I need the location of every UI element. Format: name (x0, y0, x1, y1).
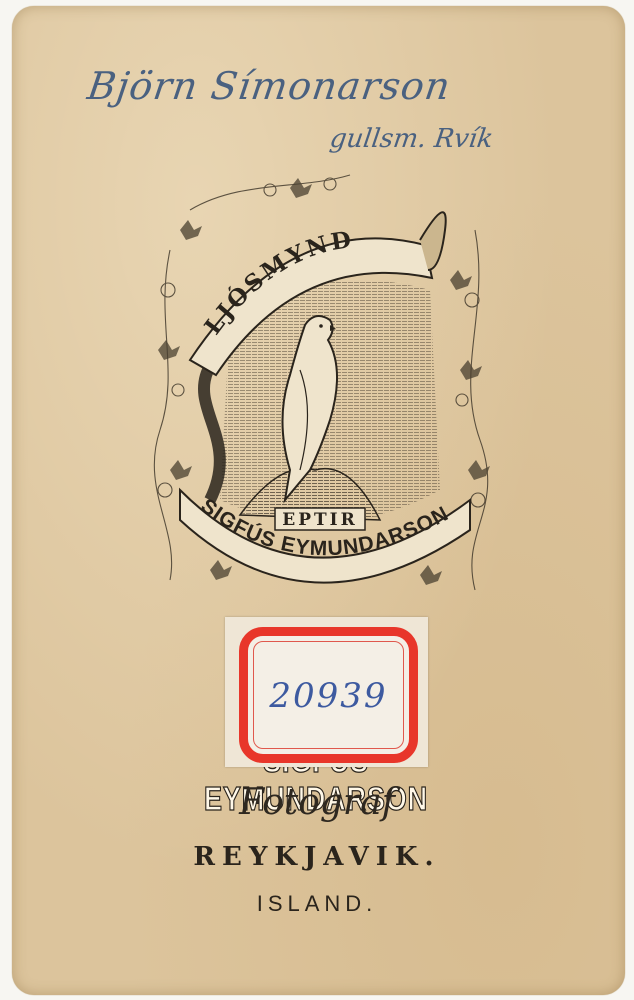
handwritten-note: gullsm. Rvík (328, 124, 495, 154)
label-frame: 20939 (239, 627, 418, 763)
handwritten-name: Björn Símonarson (85, 64, 454, 108)
falcon-emblem: LJÓSMYND EPTIR SIGFÚS EYMUNDARSON (150, 170, 495, 615)
country-name: ISLAND. (0, 891, 634, 917)
plaque-text: EPTIR (282, 510, 357, 530)
archive-label: 20939 (225, 617, 428, 767)
archive-number: 20939 (248, 676, 409, 716)
city-name: REYKJAVIK. (0, 842, 634, 872)
photographer-title: Fotograf (0, 782, 634, 823)
